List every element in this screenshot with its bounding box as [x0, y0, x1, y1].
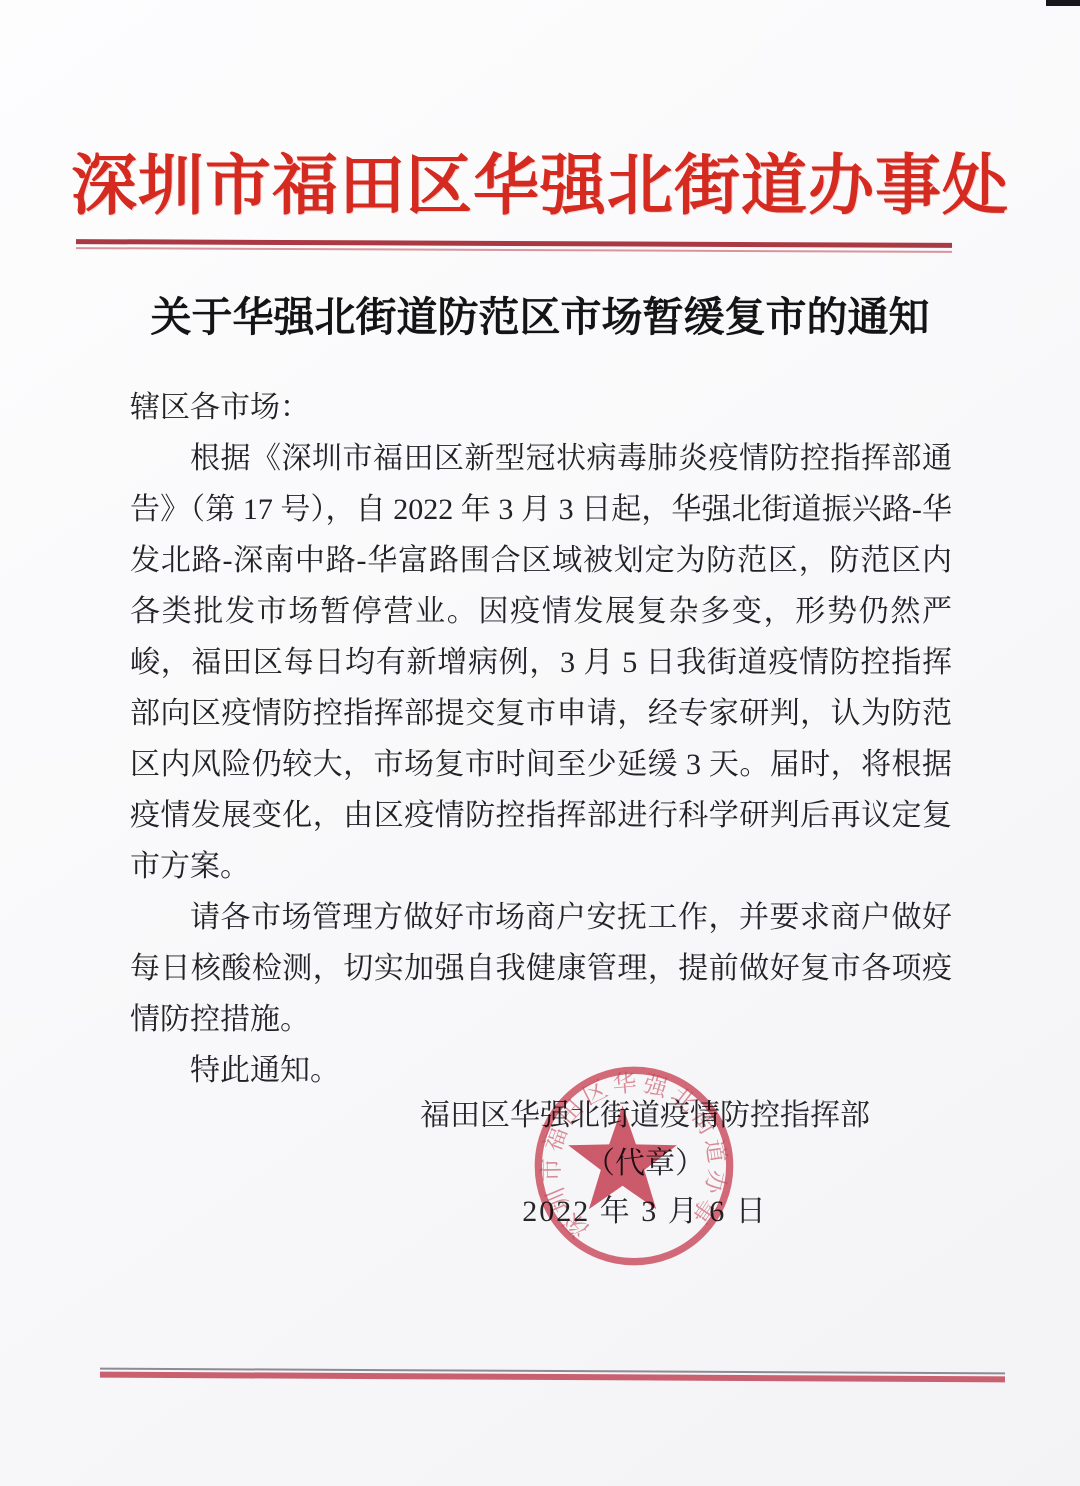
signature-org: 福田区华强北街道疫情防控指挥部 [375, 1092, 915, 1140]
signature-seal-note: （代章） [375, 1140, 915, 1188]
document-body: 辖区各市场： 根据《深圳市福田区新型冠状病毒肺炎疫情防控指挥部通告》（第 17 … [130, 382, 952, 1096]
scan-artifact [1046, 0, 1080, 6]
paragraph-3: 特此通知。 [130, 1045, 952, 1096]
scanned-notice-page: 深圳市福田区华强北街道办事处 关于华强北街道防范区市场暂缓复市的通知 辖区各市场… [0, 0, 1080, 1486]
signature-date: 2022 年 3 月 6 日 [375, 1188, 915, 1236]
header-rule-thin [76, 247, 952, 253]
paragraph-1: 根据《深圳市福田区新型冠状病毒肺炎疫情防控指挥部通告》（第 17 号），自 20… [130, 433, 952, 892]
header-rule-thick [76, 239, 952, 248]
salutation: 辖区各市场： [130, 382, 952, 433]
signature-block: 福田区华强北街道疫情防控指挥部 （代章） 2022 年 3 月 6 日 [375, 1092, 915, 1236]
footer-rule [100, 1368, 1005, 1383]
document-title: 关于华强北街道防范区市场暂缓复市的通知 [60, 284, 1020, 343]
header-rule [76, 239, 952, 253]
issuer-banner: 深圳市福田区华强北街道办事处 [50, 132, 1030, 227]
paragraph-2: 请各市场管理方做好市场商户安抚工作，并要求商户做好每日核酸检测，切实加强自我健康… [130, 892, 952, 1045]
